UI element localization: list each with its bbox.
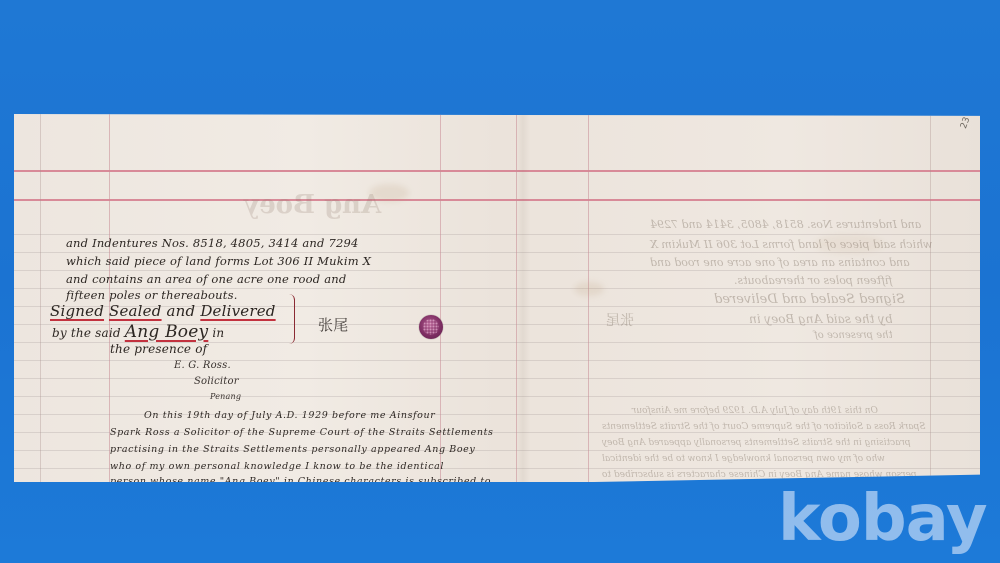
fold-crease xyxy=(516,114,530,482)
party-name: Ang Boey xyxy=(125,322,209,342)
delivered-word: Delivered xyxy=(200,302,275,320)
bleed-notary-1: On this 19th day of July A.D. 1929 befor… xyxy=(632,406,878,416)
notary-line-1: On this 19th day of July A.D. 1929 befor… xyxy=(144,410,435,421)
page-number: 23 xyxy=(959,116,972,130)
bleed-notary-4: who of my own personal knowledge I know … xyxy=(602,454,885,464)
bleed-line-1: and Indentures Nos. 8518, 4805, 3414 and… xyxy=(650,218,921,231)
document-sheet: 23 Ang Boey and Indentures Nos. 8518, 48… xyxy=(14,114,980,482)
margin-line xyxy=(40,114,41,482)
in-word: in xyxy=(212,326,224,340)
signed-word: Signed xyxy=(50,302,104,320)
bleed-line-2: which said piece of land forms Lot 306 I… xyxy=(650,238,932,251)
by-the-said: by the said xyxy=(52,326,121,340)
bleed-notary-5: person whose name Ang Boey in Chinese ch… xyxy=(602,470,917,480)
ruled-line xyxy=(14,396,980,397)
notary-line-3: practising in the Straits Settlements pe… xyxy=(110,444,475,455)
stain xyxy=(574,282,604,296)
sealed-word: Sealed xyxy=(109,302,162,320)
chinese-signature: 张尾 xyxy=(318,314,348,335)
margin-line xyxy=(588,114,589,482)
indenture-line-1: and Indentures Nos. 8518, 4805, 3414 and… xyxy=(66,236,359,250)
indenture-line-2: which said piece of land forms Lot 306 I… xyxy=(66,254,371,268)
ghost-heading-bleed: Ang Boey xyxy=(244,190,381,220)
attestation-by-line: by the said Ang Boey in xyxy=(52,322,224,342)
ruled-line xyxy=(14,378,980,379)
notary-line-2: Spark Ross a Solicitor of the Supreme Co… xyxy=(110,427,493,438)
bleed-chinese-signature: 张尾 xyxy=(606,310,634,330)
indenture-line-3: and contains an area of one acre one roo… xyxy=(66,272,346,286)
bleed-line-6: by the said Ang Boey in xyxy=(749,312,893,326)
attestation-brace xyxy=(286,294,295,344)
kobay-watermark: kobay xyxy=(778,487,987,551)
attestation-signed-line: Signed Sealed and Delivered xyxy=(50,302,276,320)
notary-line-5: person whose name "Ang Boey" in Chinese … xyxy=(110,476,491,487)
bleed-notary-3: practising in the Straits Settlements pe… xyxy=(602,438,911,448)
ruled-line xyxy=(14,270,980,271)
and-word: and xyxy=(167,302,196,320)
indenture-line-4: fifteen poles or thereabouts. xyxy=(66,288,238,302)
ruled-line xyxy=(14,360,980,361)
bleed-line-7: the presence of xyxy=(814,330,893,341)
witness-place: Penang xyxy=(210,392,241,401)
witness-name: E. G. Ross. xyxy=(174,360,231,371)
notary-line-4: who of my own personal knowledge I know … xyxy=(110,461,444,472)
red-rule-top xyxy=(14,170,980,172)
bleed-notary-2: Spark Ross a Solicitor of the Supreme Co… xyxy=(602,422,926,432)
bleed-line-4: fifteen poles or thereabouts. xyxy=(734,274,892,287)
bleed-line-5: Signed Sealed and Delivered xyxy=(714,292,905,307)
red-rule-second xyxy=(14,199,980,201)
wax-seal xyxy=(419,315,443,339)
presence-line: the presence of xyxy=(110,342,207,356)
witness-title: Solicitor xyxy=(194,376,239,387)
bleed-line-3: and contains an area of one acre one roo… xyxy=(650,256,910,269)
margin-line xyxy=(930,114,931,482)
